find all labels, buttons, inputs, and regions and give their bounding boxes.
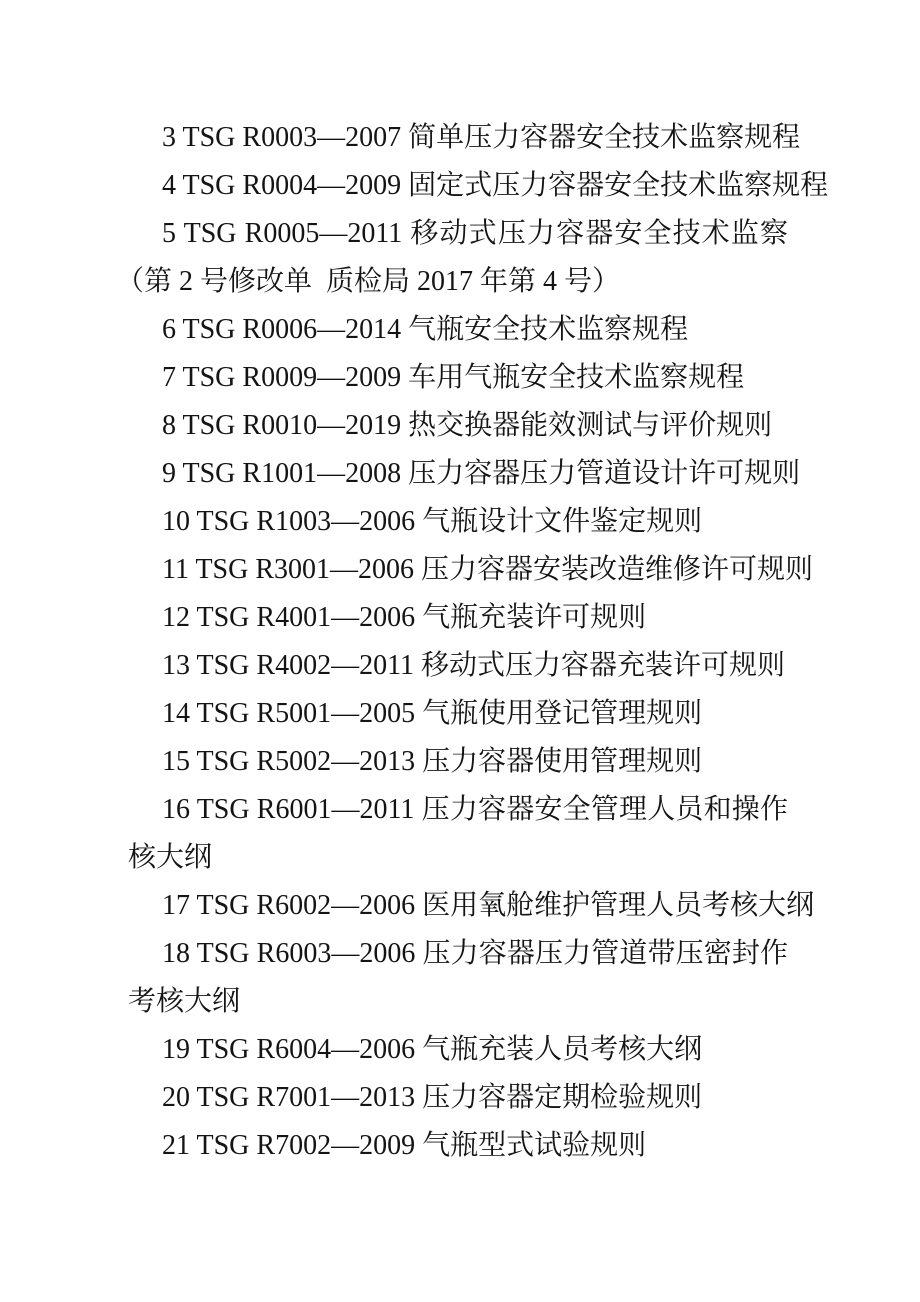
regulation-line: 13 TSG R4002—2011 移动式压力容器充装许可规则 [128,642,788,690]
regulation-line: 9 TSG R1001—2008 压力容器压力管道设计许可规则 [128,450,788,498]
regulation-line: 17 TSG R6002—2006 医用氧舱维护管理人员考核大纲 [128,882,788,930]
regulation-line: 19 TSG R6004—2006 气瓶充装人员考核大纲 [128,1026,788,1074]
regulation-line: 7 TSG R0009—2009 车用气瓶安全技术监察规程 [128,354,788,402]
regulation-line: 14 TSG R5001—2005 气瓶使用登记管理规则 [128,690,788,738]
regulation-line: 8 TSG R0010—2019 热交换器能效测试与评价规则 [128,402,788,450]
regulation-line: 4 TSG R0004—2009 固定式压力容器安全技术监察规程 [128,162,788,210]
regulation-line: 6 TSG R0006—2014 气瓶安全技术监察规程 [128,306,788,354]
regulation-line: 考核大纲 [128,978,788,1026]
regulation-line: 12 TSG R4001—2006 气瓶充装许可规则 [128,594,788,642]
regulation-line: 5 TSG R0005—2011 移动式压力容器安全技术监察规程 [128,210,788,258]
regulation-line: （第 2 号修改单 质检局 2017 年第 4 号） [116,258,788,306]
regulation-line: 3 TSG R0003—2007 简单压力容器安全技术监察规程 [128,114,788,162]
regulation-line: 核大纲 [128,834,788,882]
document-lines: 3 TSG R0003—2007 简单压力容器安全技术监察规程4 TSG R00… [128,114,788,1170]
document-page: 3 TSG R0003—2007 简单压力容器安全技术监察规程4 TSG R00… [0,0,920,1302]
regulation-line: 20 TSG R7001—2013 压力容器定期检验规则 [128,1074,788,1122]
regulation-line: 10 TSG R1003—2006 气瓶设计文件鉴定规则 [128,498,788,546]
regulation-line: 16 TSG R6001—2011 压力容器安全管理人员和操作人员考 [128,786,788,834]
regulation-line: 15 TSG R5002—2013 压力容器使用管理规则 [128,738,788,786]
regulation-line: 18 TSG R6003—2006 压力容器压力管道带压密封作业人员 [128,930,788,978]
regulation-line: 11 TSG R3001—2006 压力容器安装改造维修许可规则 [128,546,788,594]
regulation-line: 21 TSG R7002—2009 气瓶型式试验规则 [128,1122,788,1170]
